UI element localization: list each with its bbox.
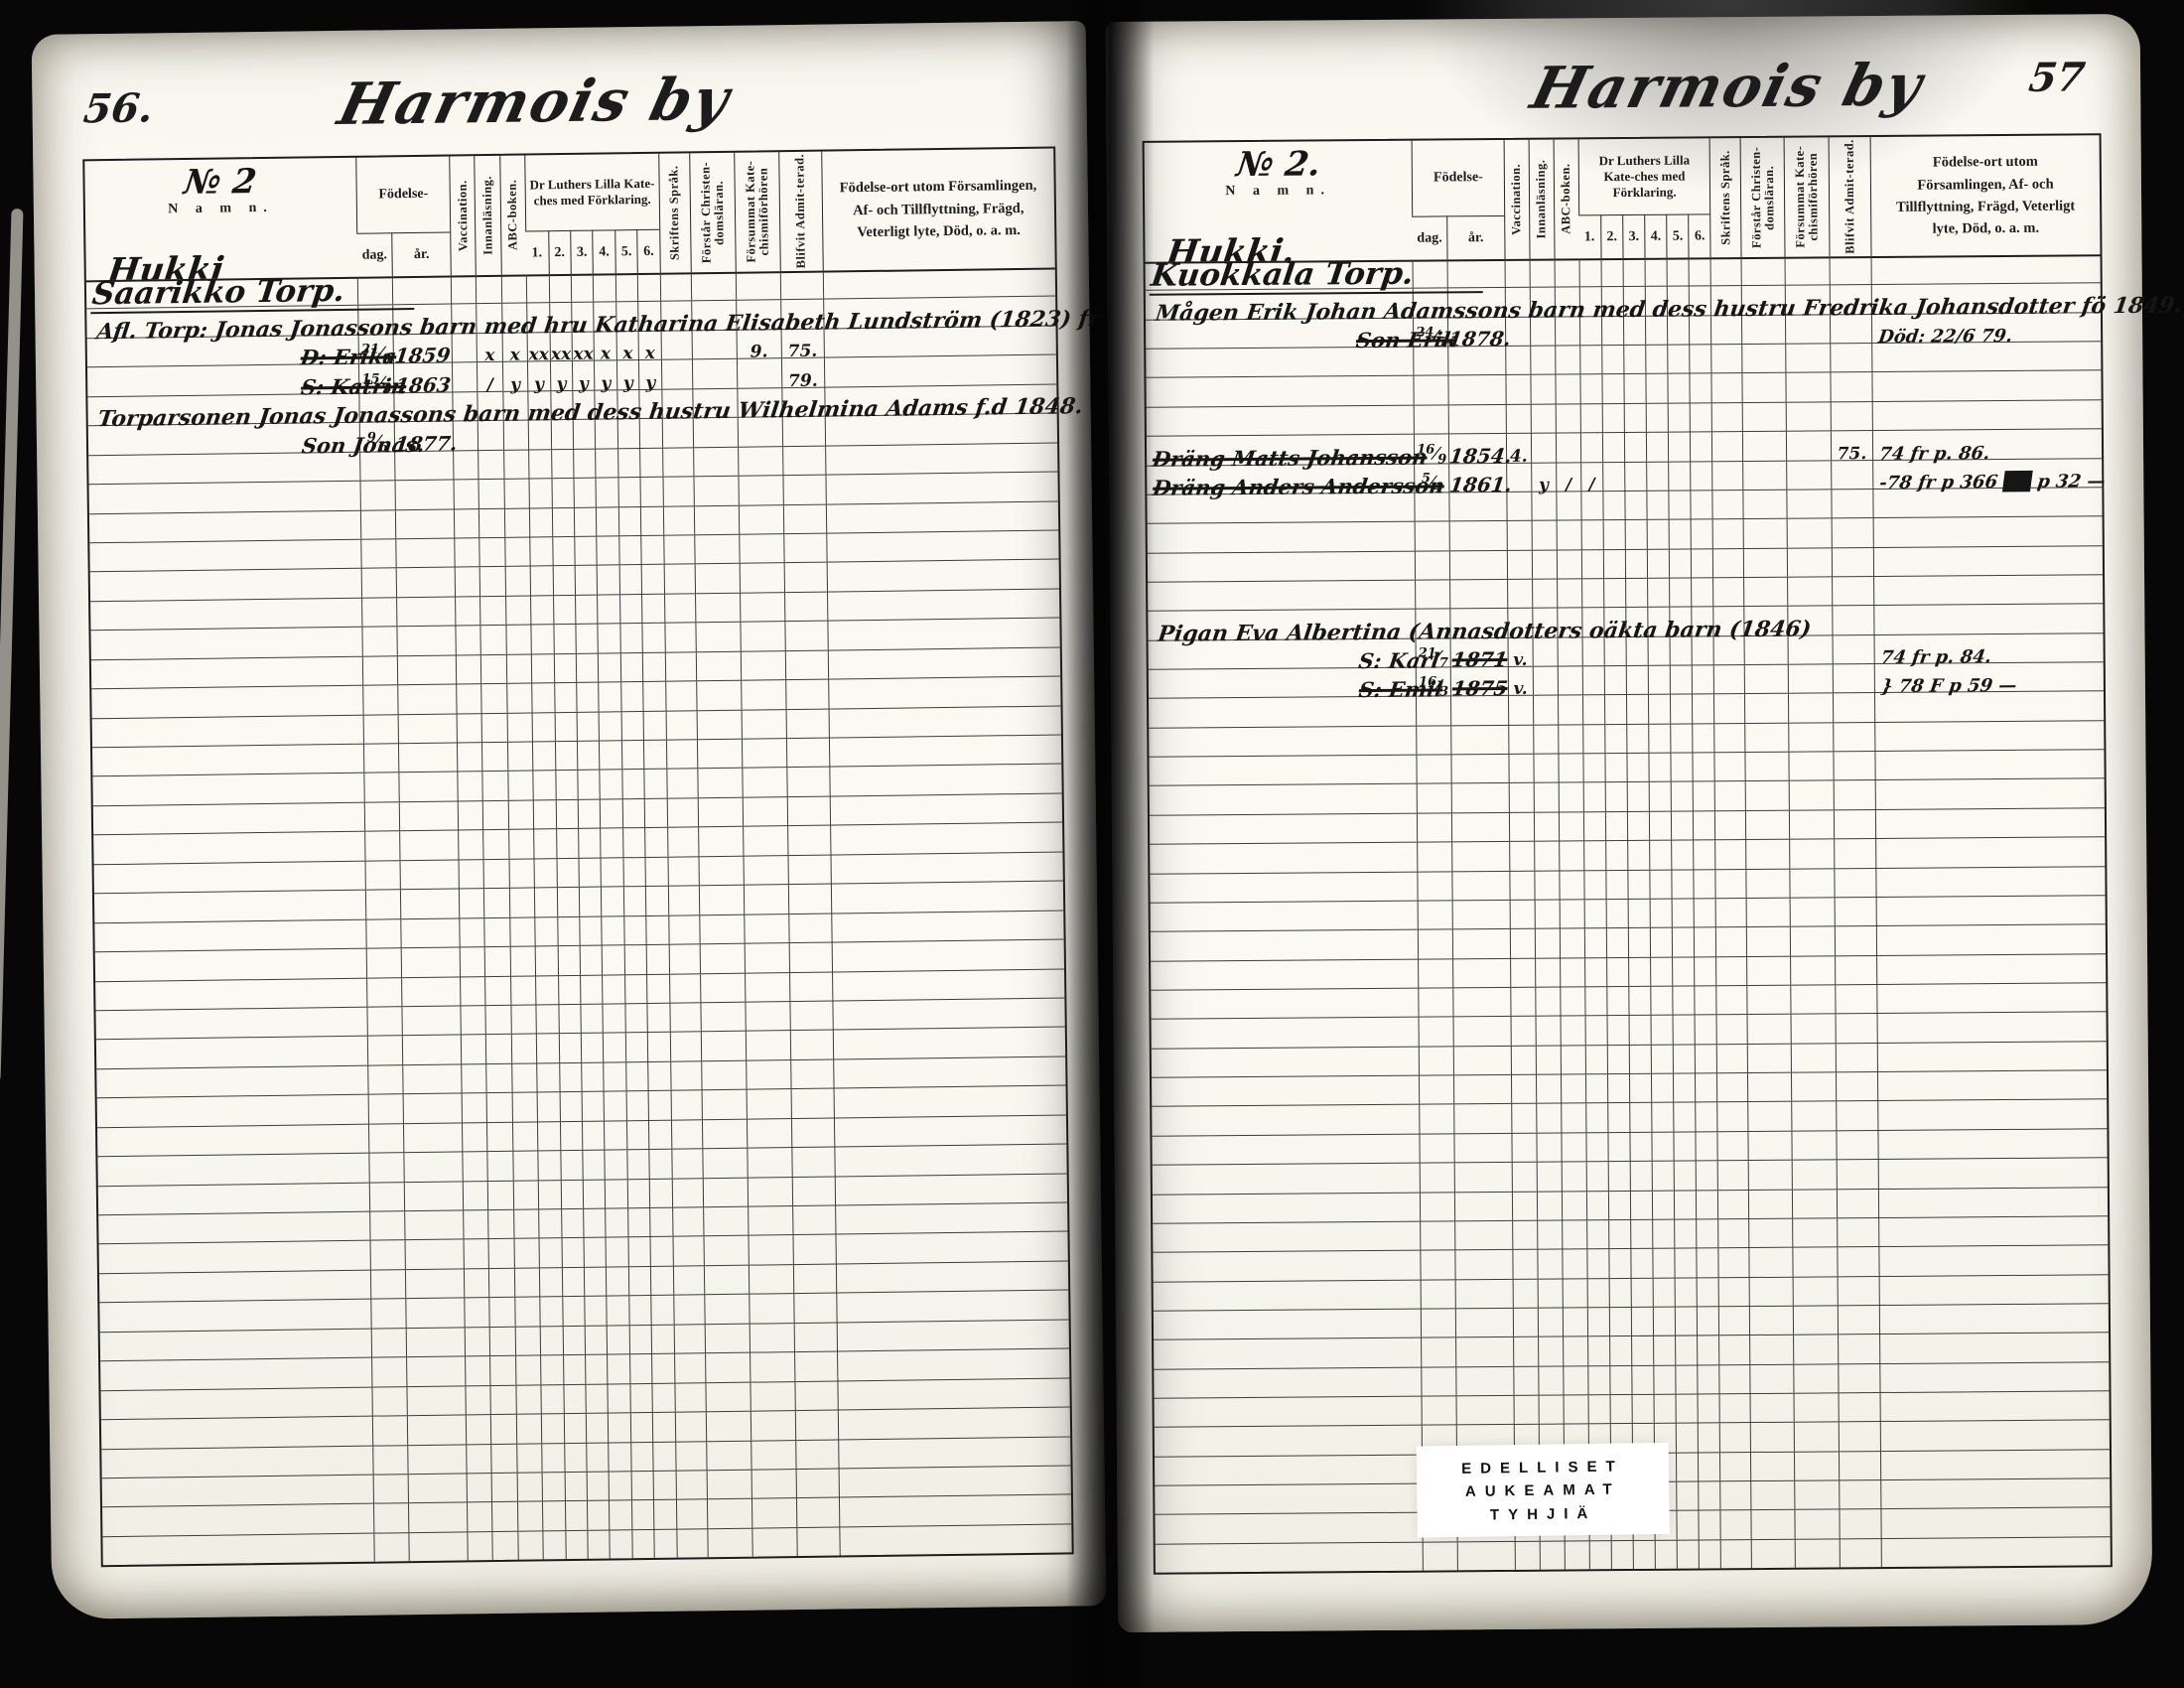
cell-k1 [1583, 871, 1605, 900]
cell-wide [1871, 371, 2101, 401]
cell-k4 [1649, 870, 1671, 899]
cell-k6 [644, 828, 667, 857]
cell-vacc [462, 1123, 487, 1152]
column-header-ar: år. [1446, 215, 1504, 259]
cell-wide [1879, 1275, 2109, 1305]
cell-k4 [1646, 492, 1668, 520]
cell-forstar [693, 477, 738, 505]
cell-k5 [629, 1384, 652, 1413]
column-header-blifvit-admitterad: Blifvit Admit-terad. [778, 152, 823, 272]
cell-abc: y [502, 362, 528, 391]
cell-k4 [1653, 1278, 1675, 1307]
cell-ar [402, 1006, 461, 1035]
cell-k1 [528, 450, 551, 479]
cell-forsummat [1789, 723, 1833, 752]
cell-abc [1555, 346, 1579, 374]
cell-k2 [1605, 782, 1627, 811]
parish-register-table-left: № 2N a m n.HukkiFödelse-dag.år.Vaccinati… [82, 147, 1073, 1568]
cell-inn [476, 275, 501, 304]
cell-k4 [604, 1062, 626, 1091]
cell-dag [1422, 1367, 1456, 1396]
cell-abc [503, 480, 529, 508]
cell-k6 [640, 506, 663, 535]
cell-namn [1147, 405, 1415, 435]
cell-vacc [1507, 550, 1532, 579]
cell-adm [789, 1031, 832, 1059]
cell-k6 [654, 1529, 677, 1558]
cell-forstar [707, 1499, 751, 1528]
cell-k3 [1631, 1395, 1653, 1424]
cell-ar [1453, 1104, 1511, 1133]
cell-forstar [706, 1412, 751, 1441]
cell-forsummat [749, 1294, 793, 1323]
cell-namn [1153, 1222, 1421, 1252]
cell-k6 [644, 770, 667, 798]
cell-wide [1875, 808, 2105, 838]
column-header-katekes-2: 2. [548, 230, 571, 274]
cell-k3 [1627, 782, 1649, 811]
cell-forsummat [747, 1148, 791, 1177]
cell-inn [1537, 1192, 1562, 1220]
cell-wide [827, 647, 1060, 679]
cell-k2 [1608, 1220, 1630, 1249]
cell-k6 [642, 682, 665, 711]
column-header-forstar-christendomslaran: Förstår Christen-domsläran. [1740, 138, 1785, 257]
cell-ar [1454, 1221, 1512, 1250]
cell-k4 [608, 1413, 630, 1442]
cell-wide [834, 1115, 1067, 1147]
cell-k6 [644, 799, 667, 828]
cell-abc [510, 1005, 536, 1034]
cell-abc [1560, 1017, 1584, 1046]
cell-k2 [559, 1063, 582, 1092]
cell-k1 [1584, 987, 1606, 1016]
cell-ar [1452, 901, 1510, 929]
cell-forstar [1742, 373, 1786, 402]
cell-k5 [1676, 1424, 1698, 1453]
cell-forstar [1741, 345, 1785, 373]
cell-k6 [1696, 1219, 1717, 1248]
cell-wide [1877, 1070, 2107, 1100]
cell-forsummat [740, 593, 784, 622]
cell-k1 [536, 1063, 559, 1092]
cell-adm [1833, 752, 1875, 780]
page-right: 57 Harmois by № 2.N a m n.Hukki.Födelse-… [1106, 14, 2153, 1632]
cell-dag [362, 685, 397, 714]
cell-dag [364, 802, 399, 831]
cell-forsummat [1786, 373, 1830, 402]
cell-k1 [1586, 1192, 1608, 1220]
cell-forstar [1743, 548, 1787, 577]
vertical-text: Skriftens Språk. [1710, 138, 1741, 257]
cell-adm [791, 1118, 834, 1147]
cell-vacc [1514, 1542, 1539, 1571]
cell-vacc [1511, 1075, 1536, 1104]
cell-inn [1535, 988, 1560, 1017]
cell-k1 [540, 1355, 563, 1384]
column-header-vaccination: Vaccination. [1503, 140, 1529, 259]
cell-abc [517, 1502, 543, 1531]
cell-k4 [610, 1530, 632, 1559]
cell-vacc [460, 1006, 485, 1035]
cell-k2 [559, 1092, 582, 1121]
cell-inn [483, 889, 509, 917]
cell-ar [403, 1064, 462, 1093]
cell-skrift [1714, 782, 1745, 811]
cell-wide [1877, 1013, 2107, 1043]
cell-k5 [623, 916, 646, 945]
cell-vacc [457, 714, 482, 743]
column-header-namn-label: N a m n. [168, 201, 274, 217]
cell-adm [1839, 1539, 1881, 1568]
cell-adm [1833, 693, 1875, 722]
cell-wide [1876, 983, 2106, 1013]
cell-forsummat [1795, 1510, 1839, 1539]
cell-k1 [542, 1501, 565, 1530]
cell-k6 [1695, 1073, 1716, 1102]
cell-wide [837, 1349, 1070, 1381]
cell-vacc [1509, 871, 1534, 900]
cell-ar [404, 1153, 463, 1182]
cell-k4 [607, 1297, 629, 1326]
cell-k3 [571, 274, 594, 303]
cell-forsummat [1793, 1218, 1837, 1247]
cell-adm [1838, 1393, 1880, 1422]
cell-abc [1559, 900, 1583, 928]
cell-k1 [526, 274, 549, 303]
cell-wide [822, 268, 1055, 300]
cell-forsummat [741, 651, 785, 680]
cell-k6 [1693, 841, 1714, 870]
cell-forsummat [1788, 694, 1832, 723]
cell-namn [1146, 376, 1414, 406]
cell-abc [506, 713, 532, 742]
cell-forsummat [739, 505, 783, 534]
cell-namn [90, 599, 362, 631]
cell-abc [509, 917, 535, 946]
cell-vacc [1513, 1366, 1538, 1395]
cell-forstar [1741, 257, 1785, 286]
cell-dag [1421, 1309, 1455, 1337]
cell-vacc [454, 538, 479, 567]
cell-vacc [458, 860, 483, 889]
cell-abc [514, 1268, 540, 1297]
cell-inn [491, 1444, 517, 1473]
cell-abc [515, 1356, 541, 1385]
cell-wide [827, 589, 1060, 621]
cell-skrift [1719, 1423, 1750, 1452]
cell-skrift [1716, 957, 1747, 986]
cell-k2 [1609, 1336, 1631, 1365]
cell-inn [486, 1093, 512, 1122]
cell-vacc [463, 1210, 488, 1239]
cell-vacc [1504, 259, 1529, 288]
cell-skrift [666, 740, 698, 769]
cell-wide [1873, 516, 2103, 546]
cell-adm [1831, 461, 1873, 490]
column-header-katekes-3: 3. [1622, 214, 1644, 258]
cell-k3 [578, 858, 601, 887]
cell-forsummat [1792, 1190, 1836, 1218]
cell-abc [1561, 1104, 1585, 1133]
cell-adm [1838, 1364, 1880, 1393]
cell-k2 [556, 829, 579, 858]
cell-wide [1871, 254, 2101, 284]
cell-inn [1535, 1017, 1560, 1046]
cell-k3 [1631, 1365, 1653, 1394]
cell-forstar [696, 710, 741, 739]
cell-vacc [463, 1240, 488, 1269]
cell-abc [512, 1152, 538, 1181]
cell-k1 [1579, 404, 1601, 433]
cell-inn [1536, 1104, 1561, 1133]
cell-namn [1149, 726, 1417, 756]
cell-k6 [1693, 811, 1714, 840]
cell-abc [513, 1209, 539, 1238]
entry-margin-note: Död: 22/6 79. [1878, 328, 2012, 347]
cell-vacc: 4. [1506, 434, 1531, 463]
cell-ar [1449, 551, 1507, 580]
cell-inn [490, 1415, 516, 1444]
cell-abc [1564, 1541, 1588, 1570]
cell-skrift [664, 624, 696, 652]
cell-wide [825, 501, 1058, 533]
cell-forsummat [1789, 810, 1833, 839]
cell-k6 [1695, 1045, 1716, 1073]
cell-k1 [1579, 375, 1601, 404]
cell-k1 [541, 1414, 564, 1443]
cell-adm [793, 1264, 836, 1293]
cell-dag [369, 1153, 404, 1182]
cell-k6 [1699, 1481, 1720, 1510]
cell-namn [1154, 1310, 1422, 1339]
cell-k1 [532, 713, 555, 742]
cell-k3 [1630, 1249, 1652, 1278]
cell-k6 [1693, 753, 1714, 781]
cell-adm [785, 680, 828, 709]
vertical-text: Innanläsning. [1529, 140, 1554, 259]
cell-wide [838, 1437, 1071, 1469]
cell-abc [517, 1531, 543, 1560]
cell-inn [1537, 1220, 1562, 1249]
entry-mark-vacc: v. [1508, 652, 1532, 669]
cell-forsummat [746, 1031, 790, 1059]
entry-mark-k2: y [551, 376, 573, 393]
cell-k2 [561, 1238, 584, 1267]
cell-namn [1155, 1484, 1423, 1514]
cell-k3 [1633, 1541, 1655, 1570]
cell-forstar [1747, 1073, 1791, 1102]
cell-k1 [1583, 812, 1605, 841]
cell-forstar [1751, 1540, 1795, 1569]
cell-k4 [606, 1267, 628, 1296]
cell-k5 [1669, 549, 1691, 578]
cell-k2 [1603, 550, 1625, 579]
cell-adm [1834, 869, 1876, 898]
cell-adm [791, 1177, 834, 1205]
cell-abc [508, 830, 534, 859]
cell-vacc [1513, 1309, 1538, 1337]
cell-k6 [1691, 578, 1712, 607]
cell-k6 [1690, 462, 1711, 491]
cell-inn [1538, 1308, 1563, 1336]
cell-abc [1562, 1250, 1586, 1279]
cell-k4 [596, 507, 618, 536]
cell-wide [839, 1524, 1072, 1556]
entry-margin-note: 74 fr p. 84. [1881, 648, 1991, 667]
cell-k6 [1696, 1191, 1717, 1219]
cell-skrift [1711, 374, 1742, 403]
cell-inn [1536, 1075, 1561, 1104]
cell-abc [1558, 783, 1582, 812]
parish-register-table-right: № 2.N a m n.Hukki.Födelse-dag.år.Vaccina… [1143, 133, 2113, 1575]
column-header-fodelse: Födelse- [356, 157, 451, 233]
cell-k6 [645, 887, 668, 915]
cell-ar [1453, 1134, 1511, 1163]
cell-k6 [1693, 782, 1714, 811]
cell-k4 [1649, 782, 1671, 811]
cell-namn [90, 569, 362, 601]
cell-skrift [668, 944, 700, 973]
cell-dag [368, 1094, 403, 1123]
cell-ar [399, 773, 458, 801]
cell-k6 [1699, 1511, 1720, 1540]
cell-k4 [1645, 346, 1667, 374]
cell-k5 [626, 1121, 649, 1150]
column-header-innanlasning: Innanläsning. [475, 156, 501, 275]
cell-k4 [1650, 987, 1672, 1016]
cell-inn [1536, 1163, 1561, 1192]
column-header-skriftens-sprak: Skriftens Språk. [658, 153, 691, 272]
cell-skrift [1714, 753, 1745, 781]
cell-k2 [561, 1268, 584, 1297]
cell-forstar [706, 1441, 751, 1470]
cell-ar [1451, 842, 1509, 871]
cell-forstar [693, 447, 738, 476]
cell-k6 [648, 1091, 671, 1120]
cell-adm [779, 271, 822, 300]
cell-namn [100, 1329, 372, 1360]
cell-inn [1538, 1366, 1563, 1395]
cell-k3 [580, 975, 603, 1004]
cell-k6 [1699, 1540, 1720, 1569]
cell-skrift [665, 711, 697, 740]
cell-vacc [1508, 726, 1533, 755]
cell-k5 [1667, 346, 1689, 374]
cell-k3 [583, 1180, 606, 1208]
cell-abc [1557, 579, 1581, 608]
cell-k6 [648, 1120, 671, 1149]
column-header-katekes-1: 1. [525, 230, 548, 274]
cell-k2 [1602, 492, 1624, 520]
cell-k5 [1668, 403, 1690, 432]
cell-k1 [1587, 1366, 1609, 1395]
cell-k2 [561, 1209, 584, 1238]
cell-forstar [1749, 1307, 1793, 1336]
cell-forstar [701, 1061, 746, 1090]
cell-inn [492, 1532, 518, 1561]
cell-vacc [458, 801, 483, 830]
cell-skrift [1713, 578, 1744, 607]
cell-k1 [534, 859, 557, 888]
cell-k1 [535, 1005, 558, 1034]
cell-k4 [605, 1180, 627, 1208]
column-header-ar: år. [392, 232, 451, 277]
cell-abc [1563, 1395, 1587, 1424]
cell-namn [1151, 989, 1419, 1019]
cell-abc [512, 1181, 538, 1209]
cell-ar [400, 831, 459, 860]
cell-wide [1877, 1129, 2107, 1159]
cell-dag [1418, 901, 1452, 929]
cell-dag [1420, 1164, 1454, 1193]
cell-inn [482, 772, 508, 800]
cell-dag [364, 774, 399, 802]
cell-forstar [1744, 694, 1788, 723]
cell-dag [369, 1183, 404, 1211]
cell-k3 [587, 1472, 610, 1500]
cell-k5 [1670, 666, 1692, 695]
cell-k2 [1600, 258, 1622, 287]
cell-k3 [1624, 492, 1646, 520]
cell-inn [1531, 434, 1556, 463]
cell-k1 [1581, 666, 1603, 695]
cell-vacc [458, 830, 483, 859]
cell-k4 [1646, 374, 1668, 403]
cell-k5 [622, 828, 645, 857]
cell-abc [1554, 258, 1578, 287]
cell-abc [1558, 754, 1582, 782]
cell-k4 [1647, 520, 1669, 549]
cell-k2 [1606, 987, 1628, 1016]
cell-wide [836, 1291, 1069, 1323]
cell-wide [1875, 779, 2105, 809]
cell-k2 [1608, 1249, 1630, 1278]
cell-forsummat [750, 1352, 794, 1381]
cell-inn: y [1531, 463, 1556, 492]
cell-wide [1872, 400, 2102, 430]
cell-k4 [1647, 549, 1669, 578]
cell-k6 [649, 1179, 672, 1207]
cell-forsummat [749, 1265, 793, 1294]
cell-k1: y [527, 362, 550, 391]
cell-k6 [1690, 345, 1711, 373]
cell-forsummat [1795, 1480, 1839, 1509]
cell-k4 [600, 799, 622, 828]
cell-ar [1452, 988, 1510, 1017]
cell-ar [1455, 1367, 1513, 1396]
cell-k1 [540, 1327, 563, 1355]
cell-forsummat [743, 826, 787, 855]
cell-namn [96, 1065, 368, 1097]
cell-k4 [601, 858, 623, 887]
cell-vacc [462, 1093, 487, 1122]
cell-wide [831, 911, 1064, 942]
cell-vacc [1512, 1221, 1537, 1250]
cell-k6 [1694, 928, 1715, 957]
page-title: Harmois by [340, 66, 730, 138]
cell-inn [1530, 375, 1555, 404]
cell-wide [833, 1056, 1066, 1088]
cell-forsummat [741, 710, 785, 739]
cell-skrift [666, 798, 698, 827]
table-header-row: № 2.N a m n.Hukki.Födelse-dag.år.Vaccina… [1145, 135, 2101, 264]
cell-k6 [647, 1004, 670, 1033]
cell-namn [1156, 1542, 1424, 1572]
cell-k5 [620, 682, 643, 711]
vertical-text: Förstår Christen-domsläran. [690, 153, 735, 273]
cell-k5: y [616, 360, 639, 389]
